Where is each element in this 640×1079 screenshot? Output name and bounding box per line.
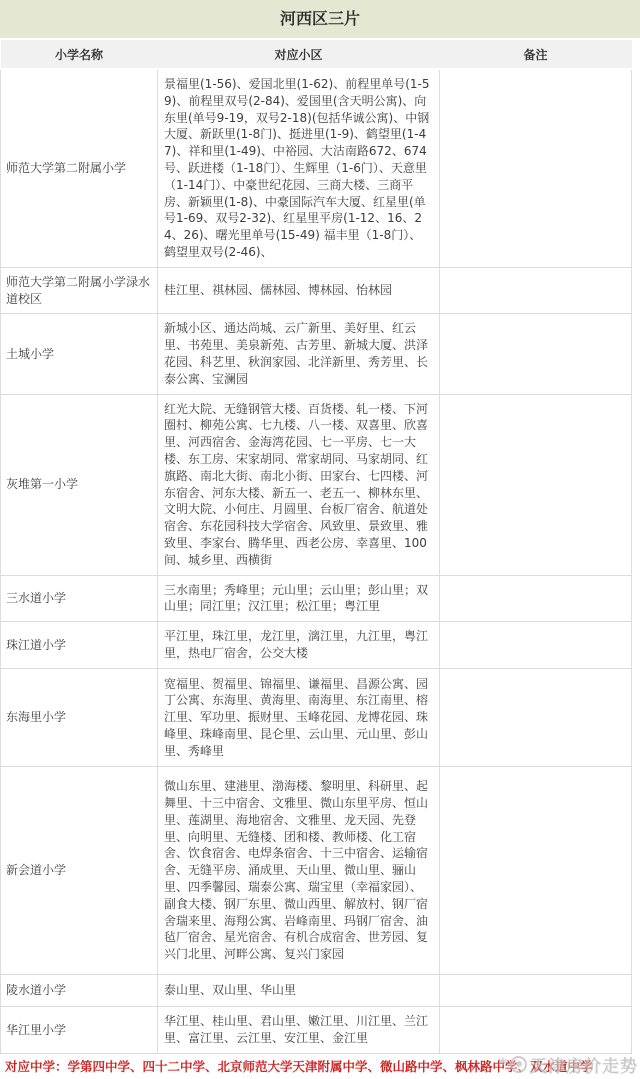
table-row: 新会道小学 微山东里、建港里、渤海楼、黎明里、科研里、起舞里、十三中宿舍、文雅里… [1,767,632,975]
table-row: 灰堆第一小学 红光大院、无缝钢管大楼、百货楼、轧一楼、下河圈村、柳苑公寓、七九楼… [1,394,632,575]
school-name: 灰堆第一小学 [1,394,158,575]
school-name: 三水道小学 [1,575,158,622]
table-row: 东海里小学 宽福里、贺福里、锦福里、谦福里、昌源公寓、园丁公寓、东海里、黄海里、… [1,669,632,767]
communities-cell: 红光大院、无缝钢管大楼、百货楼、轧一楼、下河圈村、柳苑公寓、七九楼、八一楼、双喜… [158,394,440,575]
col-header-note: 备注 [440,40,632,69]
school-name: 师范大学第二附属小学 [1,69,158,267]
table-row: 师范大学第二附属小学 景福里(1-56)、爱国北里(1-62)、前程里单号(1-… [1,69,632,267]
note-cell [440,394,632,575]
school-name: 东海里小学 [1,669,158,767]
table-row: 珠江道小学 平江里，珠江里，龙江里，漓江里，九江里，粤江里，热电厂宿舍，公交大楼 [1,622,632,669]
communities-cell: 宽福里、贺福里、锦福里、谦福里、昌源公寓、园丁公寓、东海里、黄海里、南海里、东江… [158,669,440,767]
note-cell [440,69,632,267]
table-row: 土城小学 新城小区、通达尚城、云广新里、美好里、红云里、书苑里、美泉新苑、古芳里… [1,314,632,394]
corresponding-middle-schools-note: 对应中学：学第四中学、四十二中学、北京师范大学天津附属中学、微山路中学、枫林路中… [0,1054,640,1079]
school-name: 珠江道小学 [1,622,158,669]
note-cell [440,767,632,975]
note-cell [440,575,632,622]
note-cell [440,975,632,1007]
note-cell [440,622,632,669]
note-cell [440,267,632,314]
table-row: 陵水道小学 泰山里、双山里、华山里 [1,975,632,1007]
school-name: 土城小学 [1,314,158,394]
communities-cell: 泰山里、双山里、华山里 [158,975,440,1007]
table-row: 华江里小学 华江里、桂山里、君山里、嫩江里、川江里、兰江里、富江里、云江里、安江… [1,1007,632,1054]
col-header-school-name: 小学名称 [1,40,158,69]
header-row: 小学名称 对应小区 备注 [1,40,632,69]
school-name: 师范大学第二附属小学渌水道校区 [1,267,158,314]
school-name: 陵水道小学 [1,975,158,1007]
col-header-communities: 对应小区 [158,40,440,69]
page-title: 河西区三片 [0,0,640,40]
school-name: 新会道小学 [1,767,158,975]
communities-cell: 平江里，珠江里，龙江里，漓江里，九江里，粤江里，热电厂宿舍，公交大楼 [158,622,440,669]
page: 河西区三片 小学名称 对应小区 备注 师范大学第二附属小学 景福里(1-56)、… [0,0,640,1079]
communities-cell: 微山东里、建港里、渤海楼、黎明里、科研里、起舞里、十三中宿舍、文雅里、微山东里平… [158,767,440,975]
table-row: 师范大学第二附属小学渌水道校区 桂江里、祺林园、儒林园、博林园、怡林园 [1,267,632,314]
note-cell [440,1007,632,1054]
communities-cell: 三水南里；秀峰里；元山里；云山里；彭山里；双山里；同江里；汉江里；松江里；粤江里 [158,575,440,622]
school-name: 华江里小学 [1,1007,158,1054]
table-row: 三水道小学 三水南里；秀峰里；元山里；云山里；彭山里；双山里；同江里；汉江里；松… [1,575,632,622]
note-cell [440,314,632,394]
communities-cell: 新城小区、通达尚城、云广新里、美好里、红云里、书苑里、美泉新苑、古芳里、新城大厦… [158,314,440,394]
note-cell [440,669,632,767]
communities-cell: 桂江里、祺林园、儒林园、博林园、怡林园 [158,267,440,314]
school-district-table: 小学名称 对应小区 备注 师范大学第二附属小学 景福里(1-56)、爱国北里(1… [0,40,632,1054]
communities-cell: 华江里、桂山里、君山里、嫩江里、川江里、兰江里、富江里、云江里、安江里、金江里 [158,1007,440,1054]
communities-cell: 景福里(1-56)、爱国北里(1-62)、前程里单号(1-59)、前程里双号(2… [158,69,440,267]
